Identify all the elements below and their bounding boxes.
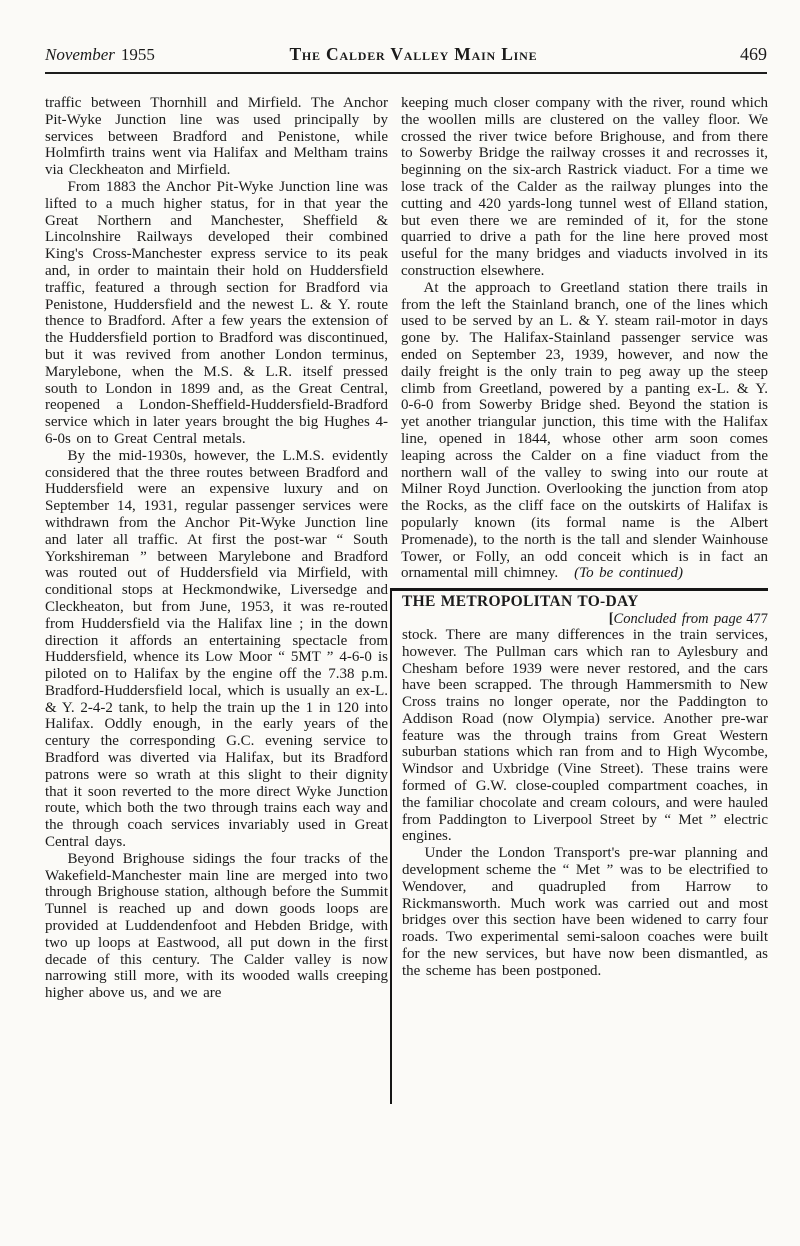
paragraph: traffic between Thornhill and Mirfield. … — [45, 95, 388, 179]
right-column: keeping much closer company with the riv… — [401, 95, 768, 1104]
metropolitan-article-box: THE METROPOLITAN TO-DAY [Concluded from … — [390, 588, 768, 1104]
article-title: THE METROPOLITAN TO-DAY — [402, 594, 768, 611]
concluded-page-ref: 477 — [746, 611, 768, 627]
left-column: traffic between Thornhill and Mirfield. … — [45, 95, 388, 1104]
page-number: 469 — [740, 44, 767, 65]
paragraph: stock. There are many differences in the… — [402, 627, 768, 845]
two-column-body: traffic between Thornhill and Mirfield. … — [45, 95, 768, 1104]
issue-month: November — [45, 45, 115, 64]
paragraph: Under the London Transport's pre-war pla… — [402, 845, 768, 979]
paragraph-text: At the approach to Greetland station the… — [401, 280, 768, 582]
concluded-text: Concluded from page — [614, 611, 743, 627]
magazine-page: November1955 The Calder Valley Main Line… — [0, 0, 800, 1246]
to-be-continued-note: (To be continued) — [574, 565, 683, 581]
running-title: The Calder Valley Main Line — [289, 44, 537, 65]
issue-date: November1955 — [45, 45, 155, 65]
paragraph: From 1883 the Anchor Pit-Wyke Junction l… — [45, 179, 388, 448]
running-header: November1955 The Calder Valley Main Line… — [45, 44, 767, 74]
paragraph: At the approach to Greetland station the… — [401, 280, 768, 582]
paragraph: keeping much closer company with the riv… — [401, 95, 768, 280]
issue-year: 1955 — [121, 45, 155, 64]
paragraph: Beyond Brighouse sidings the four tracks… — [45, 851, 388, 1002]
concluded-from-note: [Concluded from page477 — [402, 611, 768, 627]
paragraph: By the mid-1930s, however, the L.M.S. ev… — [45, 448, 388, 851]
